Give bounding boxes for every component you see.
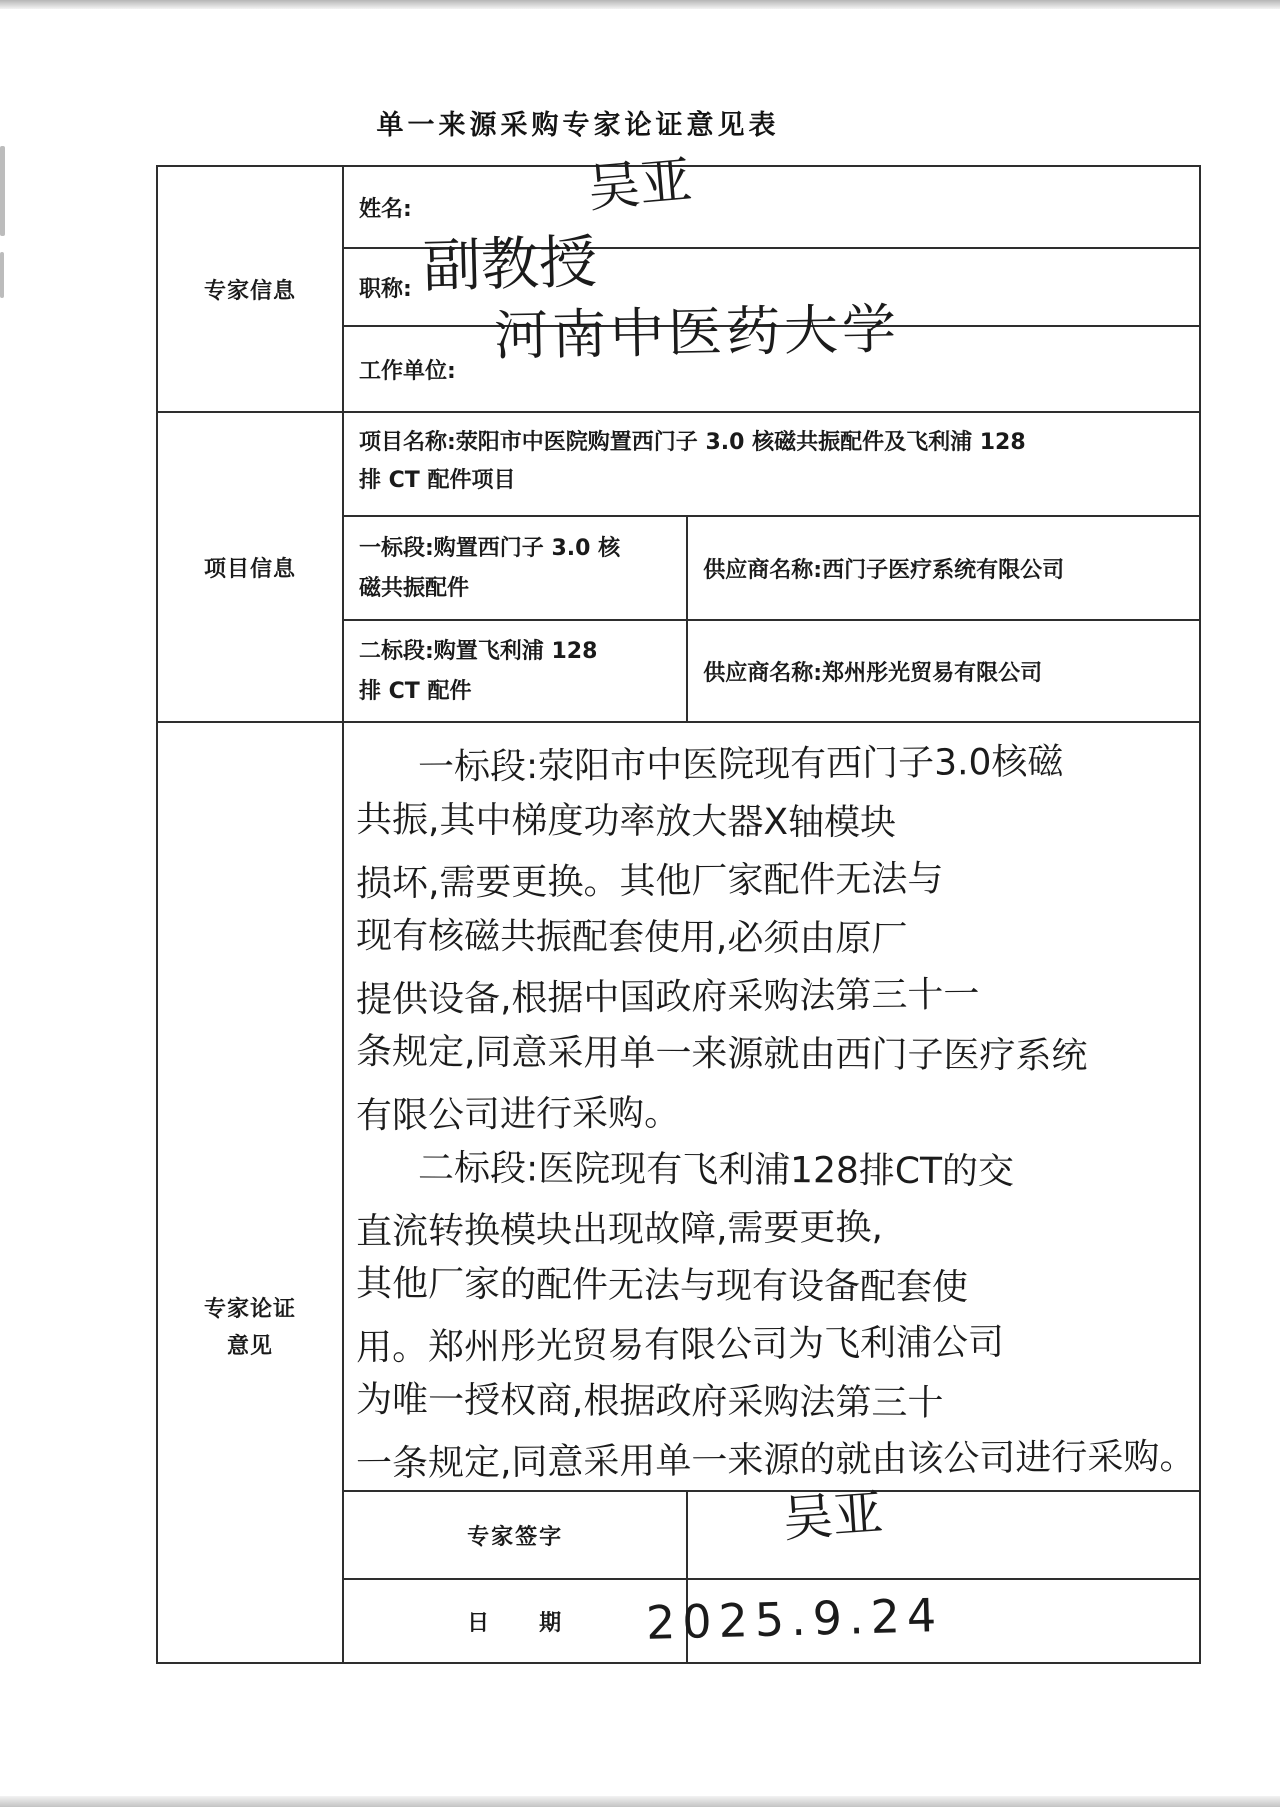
lot2-supplier-cell: 供应商名称:郑州彤光贸易有限公司 — [687, 620, 1200, 722]
opinion-line-2: 共振,其中梯度功率放大器X轴模块 — [356, 791, 1196, 854]
lot2-segment: 二标段:购置飞利浦 128 排 CT 配件 — [345, 624, 631, 718]
scanned-form-page: 单一来源采购专家论证意见表 专家信息 姓名: 吴亚 职称: 副教授 — [0, 0, 1280, 1807]
opinion-line-11: 用。郑州彤光贸易有限公司为飞利浦公司 — [356, 1312, 1196, 1377]
scan-smudge — [0, 252, 4, 298]
lot2-supplier: 供应商名称:郑州彤光贸易有限公司 — [689, 656, 1198, 687]
name-label: 姓名: — [345, 192, 412, 223]
opinion-section-label: 专家论证 意见 — [157, 722, 343, 1663]
opinion-line-12: 为唯一授权商,根据政府采购法第三十 — [356, 1371, 1196, 1434]
date-label: 日 期 — [343, 1579, 687, 1663]
opinion-line-4: 现有核磁共振配套使用,必须由原厂 — [356, 907, 1196, 970]
opinion-line-1: 一标段:荥阳市中医院现有西门子3.0核磁 — [356, 732, 1196, 797]
opinion-section-label-line1: 专家论证 — [159, 1291, 341, 1328]
opinion-line-13: 一条规定,同意采用单一来源的就由该公司进行采购。 — [356, 1428, 1196, 1493]
scan-artifact-top-edge — [0, 0, 1280, 9]
opinion-line-6: 条规定,同意采用单一来源就由西门子医疗系统 — [356, 1023, 1196, 1086]
signature-handwritten: 吴亚 — [782, 1487, 885, 1546]
expert-info-section-label: 专家信息 — [157, 166, 343, 412]
form-title: 单一来源采购专家论证意见表 — [0, 103, 1218, 142]
opinion-line-8: 二标段:医院现有飞利浦128排CT的交 — [356, 1139, 1196, 1202]
lot2-segment-cell: 二标段:购置飞利浦 128 排 CT 配件 — [343, 620, 687, 722]
workplace-label: 工作单位: — [345, 354, 456, 385]
opinion-section-label-line2: 意见 — [159, 1328, 341, 1365]
opinion-text-cell: 一标段:荥阳市中医院现有西门子3.0核磁 共振,其中梯度功率放大器X轴模块 损坏… — [343, 722, 1200, 1491]
lot1-segment-cell: 一标段:购置西门子 3.0 核磁共振配件 — [343, 516, 687, 620]
job-title-label: 职称: — [345, 272, 412, 303]
lot1-supplier-cell: 供应商名称:西门子医疗系统有限公司 — [687, 516, 1200, 620]
scan-smudge — [0, 146, 5, 236]
job-title-value-handwritten: 副教授 — [422, 231, 598, 299]
project-info-section-label: 项目信息 — [157, 412, 343, 722]
workplace-value-handwritten: 河南中医药大学 — [494, 299, 901, 365]
opinion-line-3: 损坏,需要更换。其他厂家配件无法与 — [356, 848, 1196, 913]
opinion-line-7: 有限公司进行采购。 — [356, 1080, 1196, 1145]
signature-label: 专家签字 — [343, 1491, 687, 1579]
date-cell: 2025.9.24 — [687, 1579, 1200, 1663]
lot1-supplier: 供应商名称:西门子医疗系统有限公司 — [689, 553, 1198, 584]
opinion-line-9: 直流转换模块出现故障,需要更换, — [356, 1196, 1196, 1261]
project-name: 项目名称:荥阳市中医院购置西门子 3.0 核磁共振配件及飞利浦 128 排 CT… — [345, 414, 1063, 506]
project-name-cell: 项目名称:荥阳市中医院购置西门子 3.0 核磁共振配件及飞利浦 128 排 CT… — [343, 412, 1200, 516]
form-table: 专家信息 姓名: 吴亚 职称: 副教授 工作单位: 河南中医药大学 — [156, 165, 1201, 1664]
signature-cell: 吴亚 — [687, 1491, 1200, 1579]
name-value-handwritten: 吴亚 — [586, 153, 695, 219]
scan-artifact-bottom-edge — [0, 1796, 1280, 1807]
opinion-line-10: 其他厂家的配件无法与现有设备配套使 — [356, 1255, 1196, 1318]
lot1-segment: 一标段:购置西门子 3.0 核磁共振配件 — [345, 521, 631, 615]
opinion-line-5: 提供设备,根据中国政府采购法第三十一 — [356, 964, 1196, 1029]
date-handwritten: 2025.9.24 — [646, 1588, 944, 1650]
workplace-row: 工作单位: 河南中医药大学 — [343, 326, 1200, 412]
